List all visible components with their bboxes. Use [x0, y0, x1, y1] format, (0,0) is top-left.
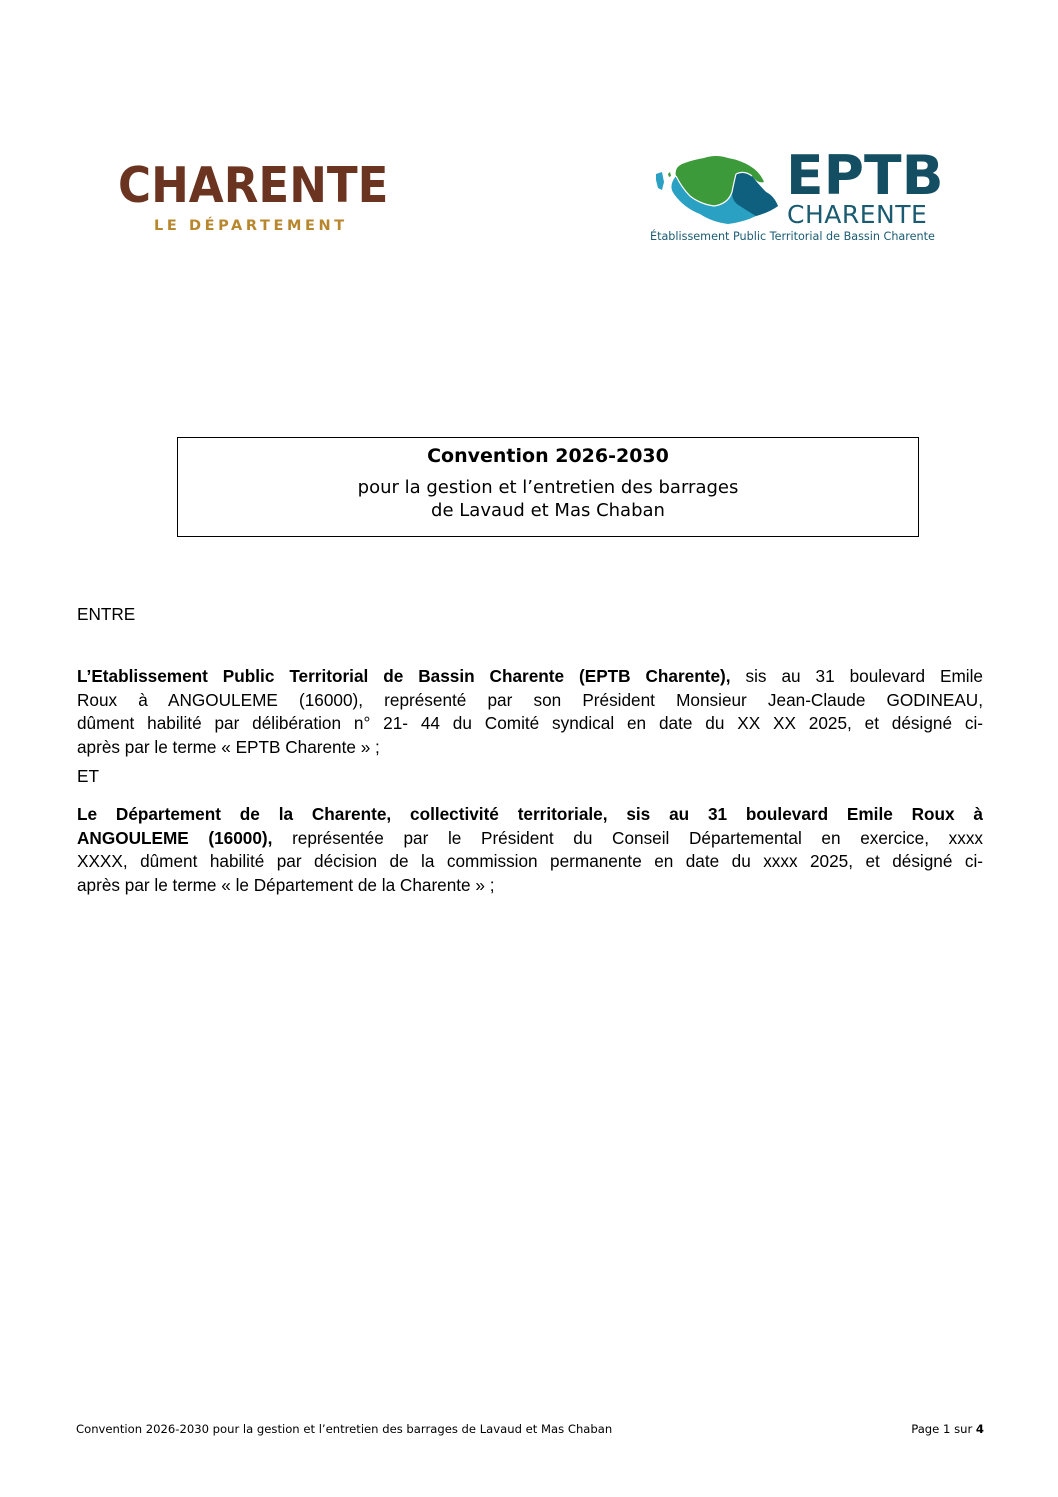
page-separator: sur [954, 1422, 972, 1436]
bold-segment: Le Département de la Charente, collectiv… [77, 804, 983, 824]
paragraph-line: L’Etablissement Public Territorial de Ba… [77, 665, 983, 689]
party-departement-paragraph: Le Département de la Charente, collectiv… [77, 803, 983, 897]
convention-subtitle-line-2: de Lavaud et Mas Chaban [178, 499, 918, 522]
eptb-logo-tagline: Établissement Public Territorial de Bass… [650, 230, 935, 244]
paragraph-line: Le Département de la Charente, collectiv… [77, 803, 983, 827]
paragraph-line: Roux à ANGOULEME (16000), représenté par… [77, 689, 983, 713]
text-segment: XXXX, dûment habilité par décision de la… [77, 851, 983, 871]
text-segment: représentée par le Président du Conseil … [272, 828, 983, 848]
party-eptb-paragraph: L’Etablissement Public Territorial de Ba… [77, 665, 983, 759]
et-label: ET [77, 765, 99, 789]
eptb-logo-subname: CHARENTE [787, 202, 927, 228]
convention-title-box: Convention 2026-2030 pour la gestion et … [177, 437, 919, 537]
footer-document-title: Convention 2026-2030 pour la gestion et … [76, 1421, 612, 1437]
text-segment: Roux à ANGOULEME (16000), représenté par… [77, 690, 983, 710]
paragraph-line: XXXX, dûment habilité par décision de la… [77, 850, 983, 874]
paragraph-line: dûment habilité par délibération n° 21- … [77, 712, 983, 736]
entre-label: ENTRE [77, 603, 135, 627]
convention-title: Convention 2026-2030 [178, 442, 918, 470]
paragraph-line: après par le terme « le Département de l… [77, 874, 983, 898]
eptb-charente-logo: EPTB CHARENTE Établissement Public Terri… [648, 150, 948, 250]
charente-logo-subtitle: LE DÉPARTEMENT [154, 218, 408, 234]
convention-subtitle-line-1: pour la gestion et l’entretien des barra… [178, 476, 918, 499]
page-label: Page [911, 1422, 939, 1436]
text-segment: après par le terme « le Département de l… [77, 875, 495, 895]
text-segment: sis au 31 boulevard Emile [731, 666, 983, 686]
paragraph-line: après par le terme « EPTB Charente » ; [77, 736, 983, 760]
bold-segment: ANGOULEME (16000), [77, 828, 272, 848]
bold-segment: L’Etablissement Public Territorial de Ba… [77, 666, 731, 686]
charente-department-logo: CHARENTE LE DÉPARTEMENT [118, 160, 408, 240]
eptb-logo-name: EPTB [786, 146, 944, 206]
footer-page-number: Page 1 sur 4 [911, 1421, 984, 1437]
page-total: 4 [976, 1422, 984, 1436]
text-segment: dûment habilité par délibération n° 21- … [77, 713, 983, 733]
page-current: 1 [943, 1422, 950, 1436]
text-segment: après par le terme « EPTB Charente » ; [77, 737, 380, 757]
paragraph-line: ANGOULEME (16000), représentée par le Pr… [77, 827, 983, 851]
charente-basin-map-icon [648, 152, 788, 232]
charente-logo-name: CHARENTE [118, 160, 385, 212]
